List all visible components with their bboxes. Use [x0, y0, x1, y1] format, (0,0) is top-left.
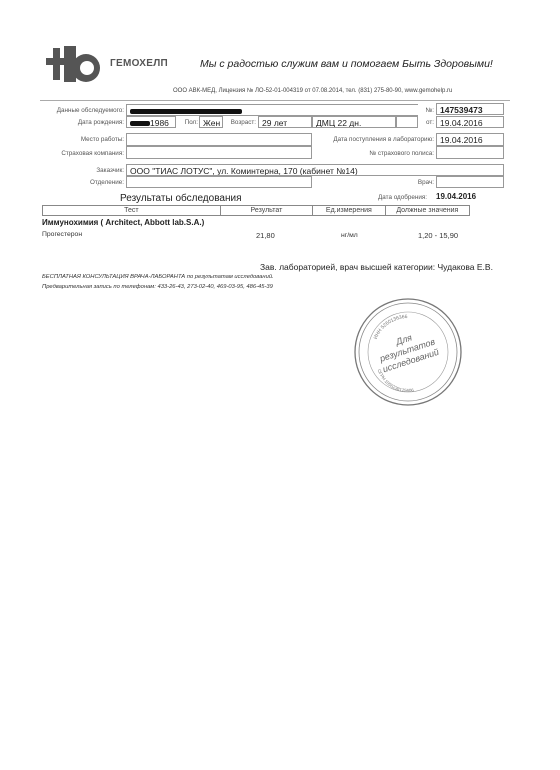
- insurance-field: [126, 146, 312, 159]
- age-field: 29 лет: [258, 116, 312, 128]
- table-row-test: Прогестерон: [42, 231, 82, 238]
- approve-date-value: 19.04.2016: [436, 192, 476, 201]
- work-field: [126, 133, 312, 146]
- lab-date-label: Дата поступления в лабораторию:: [312, 136, 434, 143]
- col-unit: Ед.измерения: [313, 206, 386, 215]
- empty-field: [396, 116, 418, 128]
- lab-date-field: 19.04.2016: [436, 133, 504, 146]
- redaction-mark: [130, 121, 150, 126]
- col-test: Тест: [43, 206, 221, 215]
- patient-name-label: Данные обследуемого:: [30, 107, 124, 114]
- department-field: [126, 176, 312, 188]
- results-table-header: Тест Результат Ед.измерения Должные знач…: [42, 205, 470, 216]
- redaction-mark: [130, 109, 242, 114]
- insurance-label: Страховая компания:: [30, 150, 124, 157]
- sex-field: Жен: [199, 116, 223, 128]
- svg-text:ОГРН 1055238125606: ОГРН 1055238125606: [377, 368, 415, 393]
- approve-date-label: Дата одобрения:: [378, 194, 427, 201]
- number-field: 147539473: [436, 103, 504, 115]
- department-label: Отделение:: [30, 179, 124, 186]
- birth-label: Дата рождения:: [30, 119, 124, 126]
- cycle-field: ДМЦ 22 дн.: [312, 116, 396, 128]
- lab-stamp-icon: ИНН 5260136366 ОГРН 1055238125606 Для ре…: [352, 296, 464, 408]
- policy-field: [436, 146, 504, 159]
- header-divider: [40, 100, 510, 101]
- from-label: от:: [418, 119, 434, 126]
- slogan: Мы с радостью служим вам и помогаем Быть…: [200, 58, 493, 70]
- results-title: Результаты обследования: [120, 193, 241, 204]
- patient-name-field: [126, 104, 418, 116]
- age-label: Возраст:: [226, 119, 256, 126]
- birth-field: 1986: [126, 116, 176, 128]
- col-reference: Должные значения: [386, 206, 469, 215]
- signer-line: Зав. лабораторией, врач высшей категории…: [260, 262, 493, 272]
- from-field: 19.04.2016: [436, 116, 504, 128]
- col-result: Результат: [221, 206, 313, 215]
- license-line: ООО АВК-МЕД, Лицензия № ЛО-52-01-004319 …: [173, 88, 452, 94]
- table-row-reference: 1,20 - 15,90: [418, 231, 458, 240]
- customer-label: Заказчик:: [30, 167, 124, 174]
- table-row-result: 21,80: [256, 231, 275, 240]
- gemohelp-logo-icon: [44, 44, 108, 84]
- doctor-label: Врач:: [390, 179, 434, 186]
- phone-list: Предварительная запись по телефонам: 433…: [42, 284, 273, 290]
- brand-name: ГЕМОХЕЛП: [110, 58, 168, 69]
- work-label: Место работы:: [30, 136, 124, 143]
- table-row-unit: нг/мл: [341, 232, 358, 239]
- sex-label: Пол:: [178, 119, 198, 126]
- policy-label: № страхового полиса:: [312, 150, 434, 157]
- consultation-note: БЕСПЛАТНАЯ КОНСУЛЬТАЦИЯ ВРАЧА-ЛАБОРАНТА …: [42, 274, 274, 280]
- doctor-field: [436, 176, 504, 188]
- test-group: Иммунохимия ( Architect, Abbott lab.S.A.…: [42, 218, 204, 227]
- customer-field: ООО "ТИАС ЛОТУС", ул. Коминтерна, 170 (к…: [126, 164, 504, 176]
- number-label: №:: [418, 107, 434, 114]
